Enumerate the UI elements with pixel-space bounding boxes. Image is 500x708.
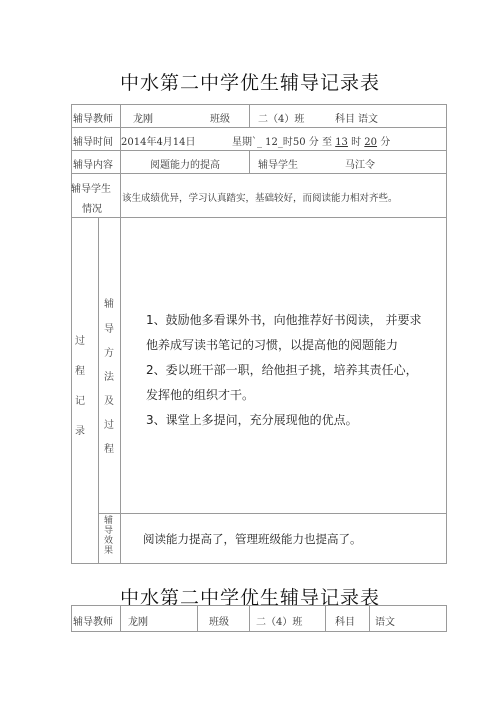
time-label: 辅导时间 xyxy=(73,133,113,148)
method-label-char: 及 xyxy=(104,392,114,407)
subject-value: 语文 xyxy=(375,613,395,628)
process-line: 发挥他的组织才干。 xyxy=(146,386,254,403)
row-divider xyxy=(71,127,446,128)
situation-label-2: 情况 xyxy=(82,200,102,215)
row-divider xyxy=(71,217,446,218)
column-divider xyxy=(369,605,370,632)
column-divider xyxy=(98,217,99,563)
class-value: 二（4）班 xyxy=(256,613,302,628)
method-label-char: 程 xyxy=(104,440,114,455)
end-minute: 20 xyxy=(364,137,377,148)
table-border xyxy=(71,631,446,632)
process-line: 2、委以班干部一职，给他担子挑，培养其责任心， xyxy=(146,361,418,378)
student-label: 辅导学生 xyxy=(258,156,298,171)
column-divider xyxy=(197,605,198,632)
column-divider xyxy=(249,605,250,632)
column-divider xyxy=(120,605,121,632)
time-range: 星期`_ 12_时50 分 至 13 时 20 分 xyxy=(232,133,390,148)
column-divider xyxy=(325,605,326,632)
subject-value: 语文 xyxy=(358,110,378,125)
table-border xyxy=(71,605,72,632)
teacher-value: 龙刚 xyxy=(133,110,153,125)
teacher-value: 龙刚 xyxy=(128,613,148,628)
table-border xyxy=(71,104,72,564)
process-label-char: 程 xyxy=(75,362,85,377)
record-title: 中水第二中学优生辅导记录表 xyxy=(0,68,500,95)
column-divider xyxy=(249,104,250,127)
subject-label: 科目 xyxy=(335,110,355,125)
row-divider xyxy=(71,150,446,151)
table-border xyxy=(446,605,447,632)
process-line: 3、课堂上多提问，充分展现他的优点。 xyxy=(146,411,358,428)
situation-text: 该生成绩优异，学习认真踏实，基础较好，而阅读能力相对齐些。 xyxy=(122,190,398,204)
table-border xyxy=(71,605,446,606)
teacher-label: 辅导教师 xyxy=(73,613,113,628)
process-label-char: 过 xyxy=(75,332,85,347)
row-divider xyxy=(98,513,446,514)
column-divider xyxy=(249,150,250,173)
method-label-char: 辅 xyxy=(104,295,114,310)
table-border xyxy=(71,104,446,105)
process-label-char: 录 xyxy=(75,422,85,437)
student-value: 马江令 xyxy=(345,156,375,171)
effect-text: 阅读能力提高了，管理班级能力也提高了。 xyxy=(143,531,362,547)
subject-label: 科目 xyxy=(335,613,355,628)
process-line: 1、鼓励他多看课外书，向他推荐好书阅读， 并要求 xyxy=(146,311,421,328)
row-divider xyxy=(71,173,446,174)
end-hour: 13 xyxy=(335,137,348,148)
table-border xyxy=(71,563,446,564)
method-label-char: 方 xyxy=(104,344,114,359)
table-border xyxy=(446,104,447,564)
content-label: 辅导内容 xyxy=(73,156,113,171)
class-label: 班级 xyxy=(210,110,230,125)
method-label-char: 过 xyxy=(104,416,114,431)
teacher-label: 辅导教师 xyxy=(73,110,113,125)
content-value: 阅题能力的提高 xyxy=(150,156,220,171)
process-line: 他养成写读书笔记的习惯，以提高他的阅题能力 xyxy=(146,336,398,353)
situation-label: 辅导学生 xyxy=(71,180,111,195)
method-label-char: 法 xyxy=(104,368,114,383)
date-value: 2014年4月14日 xyxy=(121,133,196,148)
effect-label: 辅导效果 xyxy=(101,515,114,555)
class-label: 班级 xyxy=(209,613,229,628)
column-divider xyxy=(120,104,121,564)
method-label-char: 导 xyxy=(104,320,114,335)
class-value: 二（4）班 xyxy=(258,110,304,125)
process-label-char: 记 xyxy=(75,392,85,407)
